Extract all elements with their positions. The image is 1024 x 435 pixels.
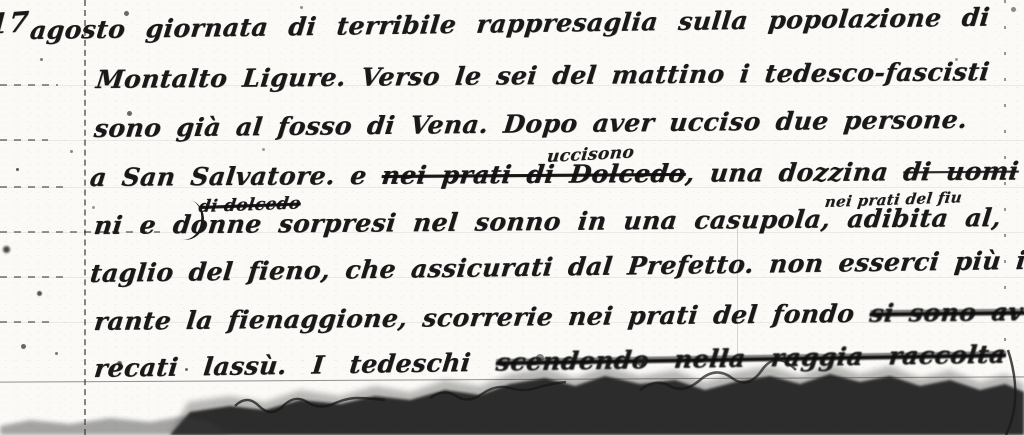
line-text: , una dozzina <box>684 157 905 188</box>
ink-smudge <box>0 340 1024 435</box>
scan-noise-speckles <box>0 0 3 3</box>
manuscript-line-6: taglio del fieno, che assicurati dal Pre… <box>88 245 985 290</box>
ruled-line-margin-segment <box>0 84 58 86</box>
line-text: agosto giornata di terribile rappresagli… <box>29 3 992 45</box>
manuscript-line-7: rante la fienaggione, scorrerie nei prat… <box>92 295 1024 338</box>
ink-spot <box>637 357 647 367</box>
ruled-line-margin-segment <box>0 276 70 278</box>
ruled-line-margin-segment <box>0 321 52 323</box>
manuscript-line-1: agosto giornata di terribile rappresagli… <box>28 1 991 47</box>
line-text: Montalto Ligure. Verso le sei del mattin… <box>94 57 991 94</box>
ruled-line-margin-segment <box>0 139 48 141</box>
manuscript-line-3: sono già al fosso di Vena. Dopo aver ucc… <box>92 104 892 145</box>
ink-spot <box>536 354 544 362</box>
smudge-left-blob <box>0 416 230 435</box>
line-text: a San Salvatore. e <box>88 161 383 192</box>
struck-text: di uomi <box>902 157 1021 187</box>
line-text: rante la fienaggione, scorrerie nei prat… <box>93 299 872 336</box>
line-text: sono già al fosso di Vena. Dopo aver ucc… <box>93 105 969 143</box>
ruled-line-margin-segment <box>0 186 66 188</box>
scanned-page: 17 agosto giornata di terribile rappresa… <box>0 0 1024 435</box>
manuscript-line-2: Montalto Ligure. Verso le sei del mattin… <box>94 55 961 96</box>
struck-text: si sono avviati <box>868 297 1024 328</box>
line-text: taglio del fieno, che assicurati dal Pre… <box>89 245 1024 288</box>
interlinear-insertion-struck: di dolcedo <box>198 193 302 217</box>
smudge-main <box>170 374 1024 435</box>
struck-text: nei prati di Dolcedo <box>380 159 687 190</box>
